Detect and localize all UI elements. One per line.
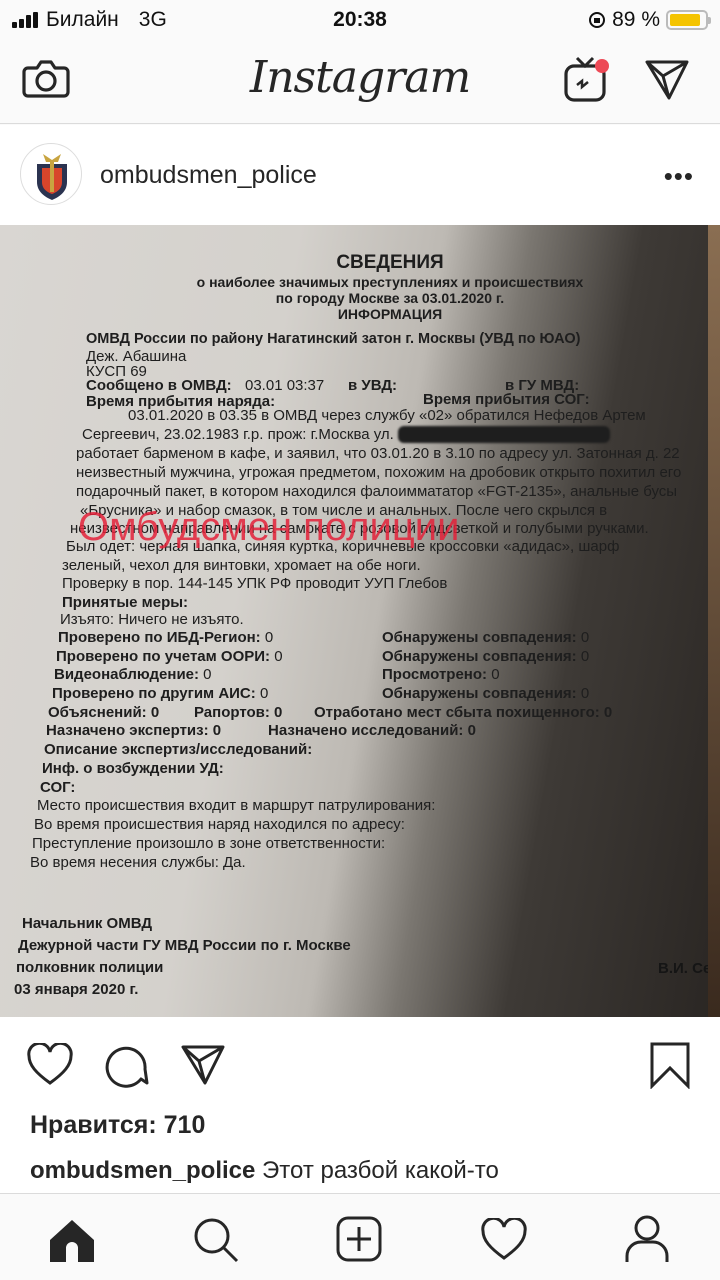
doc-subtitle-1: о наиболее значимых преступлениях и прои… — [0, 274, 720, 290]
doc-department: ОМВД России по району Нагатинский затон … — [86, 331, 581, 347]
doc-body-text: Сергеевич, 23.02.1983 г.р. прож: г.Москв… — [82, 426, 394, 443]
doc-reported-value: 03.01 03:37 — [245, 377, 324, 394]
doc-patrol-route: Место происшествия входит в маршрут патр… — [37, 797, 435, 814]
doc-body-line: подарочный пакет, в котором находился фа… — [76, 483, 677, 500]
document-photo: СВЕДЕНИЯ о наиболее значимых преступлени… — [0, 225, 720, 1017]
match-value: 0 — [491, 666, 499, 683]
doc-body-line: Сергеевич, 23.02.1983 г.р. прож: г.Москв… — [82, 426, 610, 443]
doc-match-row: Обнаружены совпадения: 0 — [382, 629, 589, 646]
match-label: Просмотрено: — [382, 666, 487, 683]
avatar[interactable] — [20, 143, 82, 205]
doc-sog-arrival: Время прибытия СОГ: — [423, 391, 590, 408]
check-label: Проверено по другим АИС: — [52, 685, 256, 702]
check-value: 0 — [265, 629, 273, 646]
top-navigation-bar: Instagram — [0, 40, 720, 124]
post-actions: Нравится: 710 ombudsmen_police Этот разб… — [0, 1017, 720, 1197]
caption-text: Этот разбой какой-то — [262, 1157, 499, 1184]
doc-seized: Изъято: Ничего не изъято. — [60, 611, 244, 628]
doc-reported-label: Сообщено в ОМВД: — [86, 377, 232, 394]
doc-explanations: Объяснений: 0 — [48, 704, 159, 721]
save-icon[interactable] — [648, 1041, 692, 1089]
search-icon[interactable] — [192, 1216, 240, 1264]
doc-sign-title: Начальник ОМВД — [22, 915, 152, 932]
police-emblem-icon — [21, 144, 82, 205]
post-header: ombudsmen_police ••• — [0, 125, 720, 225]
share-icon[interactable] — [180, 1043, 226, 1087]
doc-sign-dept: Дежурной части ГУ МВД России по г. Москв… — [18, 937, 351, 954]
doc-squad-location: Во время происшествия наряд находился по… — [34, 816, 405, 833]
check-value: 0 — [260, 685, 268, 702]
doc-subtitle-2: по городу Москве за 03.01.2020 г. — [0, 290, 720, 306]
direct-message-icon[interactable] — [644, 58, 690, 102]
activity-icon[interactable] — [480, 1218, 528, 1262]
doc-research: Назначено исследований: 0 — [268, 722, 476, 739]
doc-sign-date: 03 января 2020 г. — [14, 981, 138, 998]
doc-sign-rank: полковник полиции — [16, 959, 163, 976]
doc-body-line: неизвестный мужчина, угрожая предметом, … — [76, 464, 681, 481]
notification-dot — [595, 59, 609, 73]
image-edge — [708, 225, 720, 1017]
redacted-address: Судостроительная 35/12 кв.35 — [398, 426, 609, 443]
profile-icon[interactable] — [624, 1214, 670, 1264]
doc-responsibility-zone: Преступление произошло в зоне ответствен… — [32, 835, 385, 852]
doc-check-row: Видеонаблюдение: 0 — [54, 666, 212, 683]
check-value: 0 — [203, 666, 211, 683]
doc-body-line: 03.01.2020 в 03.35 в ОМВД через службу «… — [128, 407, 646, 424]
rotation-lock-icon — [588, 11, 606, 29]
check-value: 0 — [274, 648, 282, 665]
doc-sog: СОГ: — [40, 779, 75, 796]
post-image[interactable]: СВЕДЕНИЯ о наиболее значимых преступлени… — [0, 225, 720, 1017]
match-label: Обнаружены совпадения: — [382, 648, 577, 665]
doc-check-row: Проверено по учетам ООРИ: 0 — [56, 648, 283, 665]
post-caption: ombudsmen_police Этот разбой какой-то — [30, 1157, 499, 1185]
match-label: Обнаружены совпадения: — [382, 629, 577, 646]
like-icon[interactable] — [26, 1043, 74, 1087]
doc-measures-label: Принятые меры: — [62, 594, 188, 611]
igtv-icon[interactable] — [562, 54, 612, 104]
doc-expertise-desc: Описание экспертиз/исследований: — [44, 741, 312, 758]
doc-info-heading: ИНФОРМАЦИЯ — [0, 306, 720, 322]
doc-body-line: Проверку в пор. 144-145 УПК РФ проводит … — [62, 575, 447, 592]
post-username[interactable]: ombudsmen_police — [100, 161, 317, 190]
check-label: Проверено по ИБД-Регион: — [58, 629, 261, 646]
doc-match-row: Обнаружены совпадения: 0 — [382, 685, 589, 702]
more-options-button[interactable]: ••• — [664, 161, 694, 192]
doc-expertise: Назначено экспертиз: 0 — [46, 722, 221, 739]
check-label: Проверено по учетам ООРИ: — [56, 648, 270, 665]
doc-title: СВЕДЕНИЯ — [0, 252, 720, 274]
doc-match-row: Обнаружены совпадения: 0 — [382, 648, 589, 665]
doc-check-row: Проверено по другим АИС: 0 — [52, 685, 268, 702]
bottom-navigation — [0, 1193, 720, 1280]
watermark: Омбудсмен полиции — [78, 505, 459, 550]
match-label: Обнаружены совпадения: — [382, 685, 577, 702]
caption-username[interactable]: ombudsmen_police — [30, 1157, 255, 1184]
doc-fence-places: Отработано мест сбыта похищенного: 0 — [314, 704, 612, 721]
like-count[interactable]: Нравится: 710 — [30, 1111, 205, 1140]
match-value: 0 — [581, 648, 589, 665]
doc-check-row: Проверено по ИБД-Регион: 0 — [58, 629, 273, 646]
doc-body-line: работает барменом в кафе, и заявил, что … — [76, 445, 680, 462]
match-value: 0 — [581, 685, 589, 702]
doc-uvd-label: в УВД: — [348, 377, 397, 394]
doc-sign-name: В.И. Се — [658, 960, 711, 977]
comment-icon[interactable] — [104, 1043, 150, 1089]
check-label: Видеонаблюдение: — [54, 666, 199, 683]
doc-on-duty: Во время несения службы: Да. — [30, 854, 246, 871]
battery-percent: 89 % — [612, 8, 660, 32]
doc-match-row: Просмотрено: 0 — [382, 666, 500, 683]
doc-case-info: Инф. о возбуждении УД: — [42, 760, 224, 777]
doc-body-line: зеленый, чехол для винтовки, хромает на … — [62, 557, 421, 574]
status-bar: Билайн 3G 20:38 89 % — [0, 0, 720, 40]
battery-icon — [666, 10, 708, 30]
doc-reports: Рапортов: 0 — [194, 704, 282, 721]
home-icon[interactable] — [48, 1218, 96, 1262]
match-value: 0 — [581, 629, 589, 646]
instagram-logo: Instagram — [0, 52, 720, 103]
new-post-icon[interactable] — [336, 1216, 382, 1262]
